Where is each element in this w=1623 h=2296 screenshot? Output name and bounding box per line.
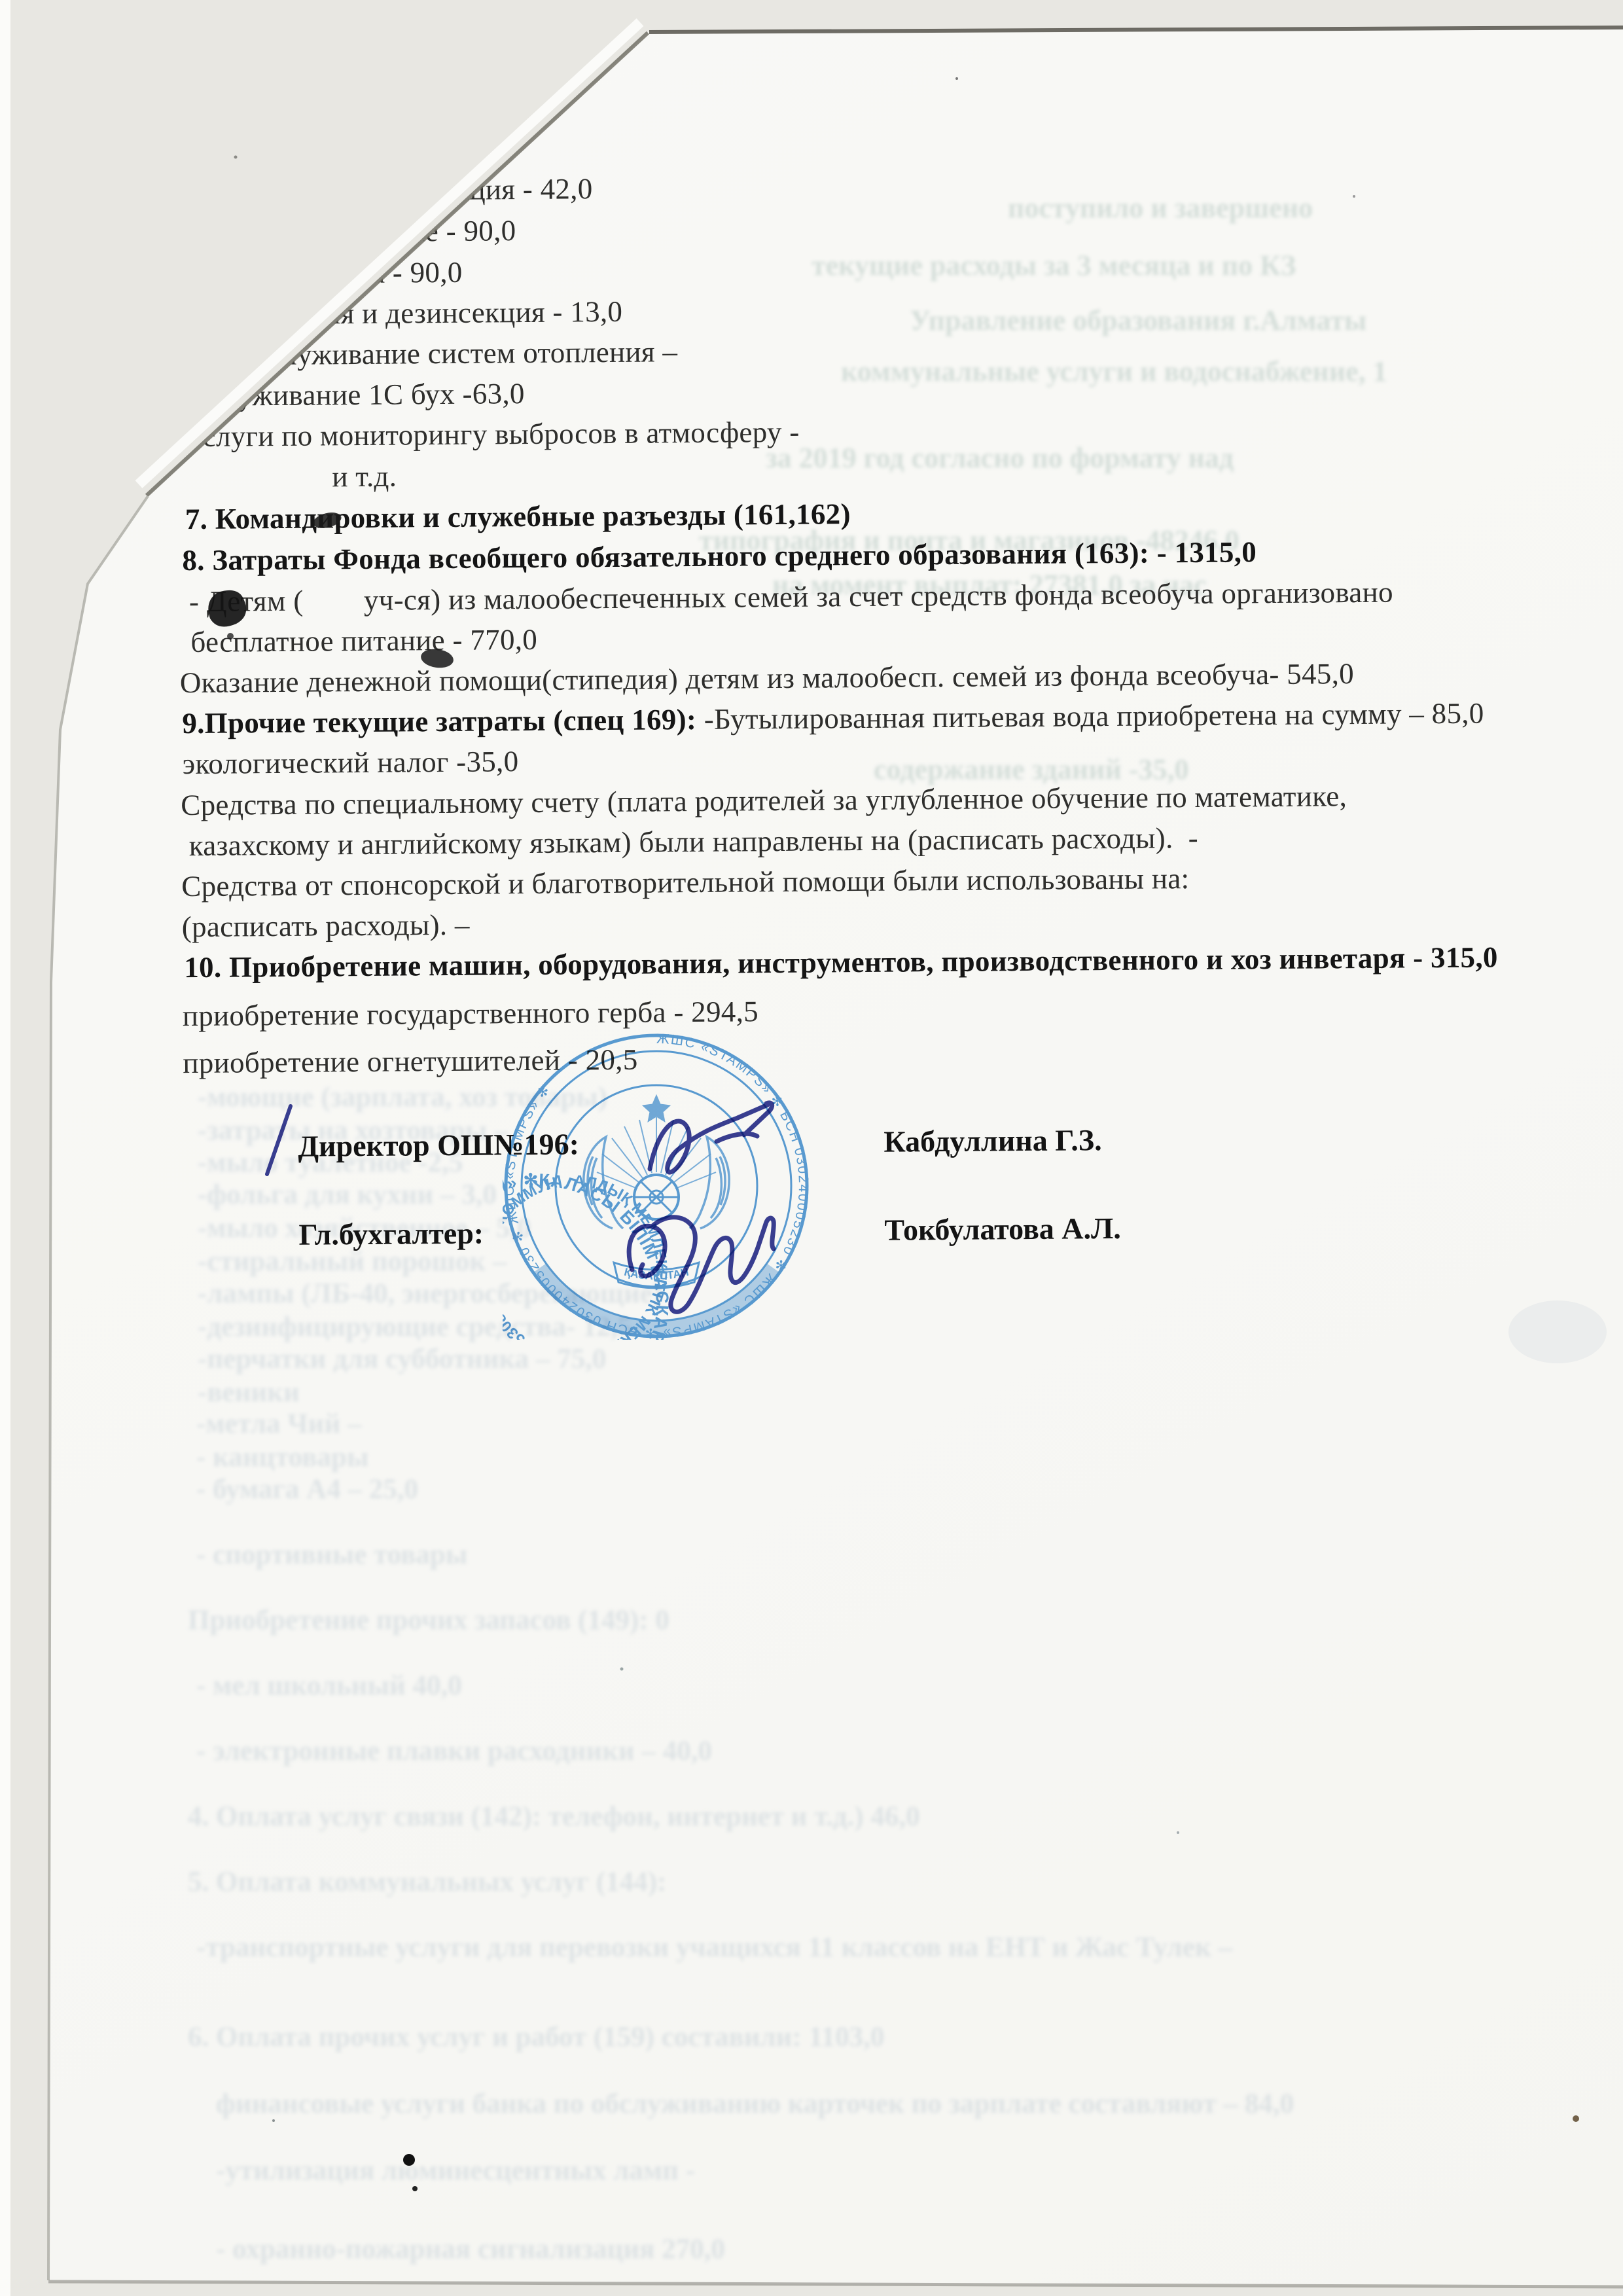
line-text: обслуживание 1С бух -63,0 [179,377,525,412]
text-line: -техобслуживание систем отопления – [189,335,678,373]
line-text: - пожарная сигнализация - 42,0 [196,172,593,208]
dust [234,156,238,159]
line-text: (расписать расходы). – [182,908,470,943]
line-text: - Детям ( уч-ся) из малообеспеченных сем… [189,576,1393,618]
text-line: обслуживание 1С бух -63,0 [179,377,525,414]
paper-sheet: поступило и завершенотекущие расходы за … [0,0,1623,2296]
text-line: Оказание денежной помощи(стипедия) детям… [180,657,1355,700]
line-text: - вывоз мусора - 90,0 [195,256,463,291]
line-text: бесплатное питание - 770,0 [190,623,537,658]
text-line: бесплатное питание - 770,0 [190,623,537,660]
bold-prefix: 9.Прочие текущие затраты (спец 169): [182,703,696,740]
text-line: -дератизация и дезинсекция - 13,0 [188,295,622,332]
line-text: Средства от спонсорской и благотворитель… [181,862,1189,903]
text-line: и т.д. [332,460,397,495]
accountant-name-text: Токбулатова А.Л. [884,1211,1121,1247]
line-text: -дератизация и дезинсекция - 13,0 [188,295,622,331]
accountant-signature [609,1170,857,1331]
scanned-document-page: { "scan": { "background_color": "#e8e7e2… [0,0,1623,2296]
line-text: приобретение государственного герба - 29… [183,995,758,1032]
text-line: казахскому и английскому языкам) были на… [189,821,1199,863]
text-line: Средства по специальному счету (плата ро… [181,780,1347,823]
line-text: услуги по мониторингу выбросов в атмосфе… [188,416,800,453]
line-text: и т.д. [332,460,397,493]
text-line: Средства от спонсорской и благотворитель… [181,862,1189,904]
scanner-lid-strip [0,0,10,2296]
line-text: Средства по специальному счету (плата ро… [181,780,1347,821]
text-line: (расписать расходы). – [182,908,470,944]
line-text: казахскому и английскому языкам) были на… [189,821,1199,862]
text-line: - вывоз мусора - 90,0 [195,256,463,292]
text-line: - видеонаблюдение - 90,0 [194,214,516,251]
text-line: 8. Затраты Фонда всеобщего обязательного… [182,535,1257,578]
director-name: Кабдуллина Г.З. [883,1122,1102,1159]
line-text: Оказание денежной помощи(стипедия) детям… [180,657,1354,699]
line-text: - видеонаблюдение - 90,0 [194,214,516,249]
accountant-label-text: Гл.бухгалтер: [298,1217,484,1251]
line-text: -техобслуживание систем отопления – [189,335,678,372]
text-line: 7. Командировки и служебные разъезды (16… [185,497,851,537]
accountant-label: Гл.бухгалтер: [298,1216,484,1252]
line-text: 7. Командировки и служебные разъезды (16… [185,497,851,535]
body-text: - пожарная сигнализация - 42,0- видеонаб… [0,0,1614,1]
text-line: 9.Прочие текущие затраты (спец 169): -Бу… [182,697,1484,741]
line-text: 8. Затраты Фонда всеобщего обязательного… [182,535,1257,577]
text-line: - пожарная сигнализация - 42,0 [196,172,593,209]
text-line: экологический налог -35,0 [183,745,519,781]
text-line: - Детям ( уч-ся) из малообеспеченных сем… [189,576,1393,619]
line-text: -Бутылированная питьевая вода приобретен… [696,697,1484,736]
text-line: услуги по мониторингу выбросов в атмосфе… [188,416,800,454]
line-text: экологический налог -35,0 [183,745,519,780]
pen-slash-mark [259,1102,298,1177]
accountant-name: Токбулатова А.Л. [884,1211,1121,1247]
text-line: 10. Приобретение машин, оборудования, ин… [184,941,1498,985]
director-name-text: Кабдуллина Г.З. [883,1123,1102,1158]
line-text: 10. Приобретение машин, оборудования, ин… [184,941,1498,984]
text-line: приобретение государственного герба - 29… [183,995,759,1033]
